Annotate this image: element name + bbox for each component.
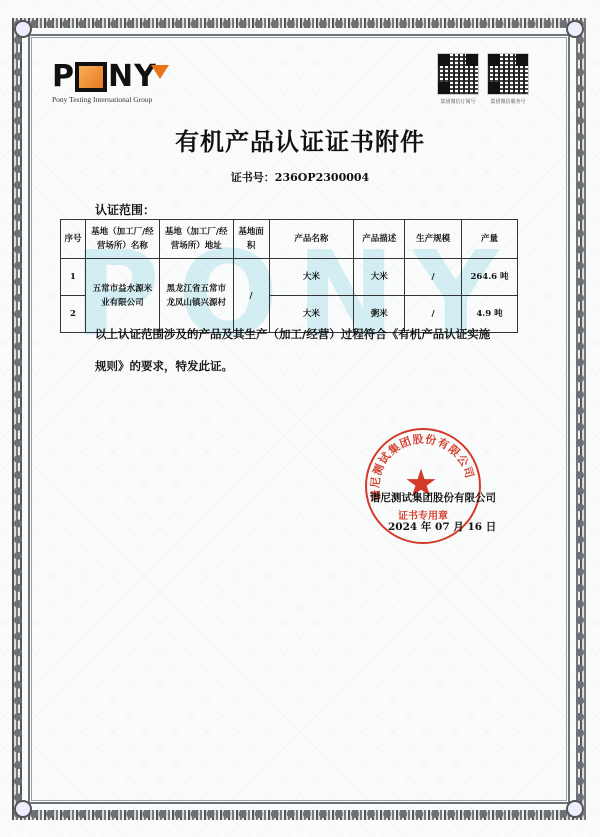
cell-product-desc: 大米 xyxy=(354,259,405,296)
qr-label: 集团微信订阅号 xyxy=(440,98,475,105)
qr-block-service: 集团微信服务号 xyxy=(487,53,529,105)
certificate-number: 证书号：236OP2300004 xyxy=(0,169,600,185)
cell-product-name: 大米 xyxy=(269,259,354,296)
table-row: 1 五常市益水源米业有限公司 黑龙江省五常市龙凤山镇兴源村 / 大米 大米 / … xyxy=(61,259,518,296)
header-site-area: 基地面积 xyxy=(233,220,269,259)
header-output: 产量 xyxy=(462,220,518,259)
logo-triangle-icon xyxy=(151,65,169,79)
header-site-name: 基地（加工厂/经营场所）名称 xyxy=(85,220,159,259)
issuer-company: 谱尼测试集团股份有限公司 xyxy=(370,490,496,505)
corner-ornament-icon xyxy=(14,800,32,818)
company-logo: PNY Pony Testing International Group xyxy=(52,62,169,104)
header-scale: 生产规模 xyxy=(405,220,462,259)
certification-scope-table: 序号 基地（加工厂/经营场所）名称 基地（加工厂/经营场所）地址 基地面积 产品… xyxy=(60,219,518,333)
statement-line-1: 以上认证范围涉及的产品及其生产（加工/经营）过程符合《有机产品认证实施 xyxy=(95,326,490,342)
issue-date: 2024 年 07 月 16 日 xyxy=(388,519,496,534)
corner-ornament-icon xyxy=(566,800,584,818)
logo-subtitle: Pony Testing International Group xyxy=(52,95,169,104)
logo-wordmark: PNY xyxy=(52,62,169,92)
qr-block-subscription: 集团微信订阅号 xyxy=(437,53,479,105)
cell-no: 2 xyxy=(61,296,86,333)
cell-output: 264.6 吨 xyxy=(462,259,518,296)
cell-site-area: / xyxy=(233,259,269,333)
document-title: 有机产品认证证书附件 xyxy=(0,122,600,157)
corner-ornament-icon xyxy=(14,20,32,38)
header-no: 序号 xyxy=(61,220,86,259)
cell-site-address: 黑龙江省五常市龙凤山镇兴源村 xyxy=(159,259,233,333)
cell-scale: / xyxy=(405,259,462,296)
scope-label: 认证范围： xyxy=(95,201,155,218)
table-header-row: 序号 基地（加工厂/经营场所）名称 基地（加工厂/经营场所）地址 基地面积 产品… xyxy=(61,220,518,259)
cell-site-name: 五常市益水源米业有限公司 xyxy=(85,259,159,333)
statement-line-2: 规则》的要求，特发此证。 xyxy=(95,358,233,374)
corner-ornament-icon xyxy=(566,20,584,38)
header-site-address: 基地（加工厂/经营场所）地址 xyxy=(159,220,233,259)
header-product-name: 产品名称 xyxy=(269,220,354,259)
qr-code-icon xyxy=(487,53,529,95)
cell-no: 1 xyxy=(61,259,86,296)
logo-o-square-icon xyxy=(75,62,107,92)
qr-code-icon xyxy=(437,53,479,95)
header-product-desc: 产品描述 xyxy=(354,220,405,259)
qr-label: 集团微信服务号 xyxy=(490,98,525,105)
